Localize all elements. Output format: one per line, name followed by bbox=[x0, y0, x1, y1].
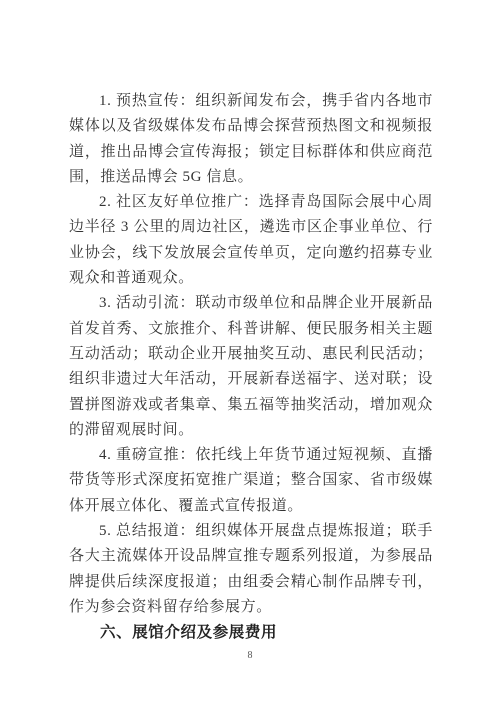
document-page: 1. 预热宣传：组织新闻发布会，携手省内各地市媒体以及省级媒体发布品博会探营预热… bbox=[0, 0, 500, 707]
body-paragraph-2: 2. 社区友好单位推广：选择青岛国际会展中心周边半径 3 公里的周边社区，遴选市… bbox=[69, 190, 433, 291]
document-body: 1. 预热宣传：组织新闻发布会，携手省内各地市媒体以及省级媒体发布品博会探营预热… bbox=[69, 89, 433, 646]
body-paragraph-1: 1. 预热宣传：组织新闻发布会，携手省内各地市媒体以及省级媒体发布品博会探营预热… bbox=[69, 89, 433, 190]
body-paragraph-4: 4. 重磅宣推：依托线上年货节通过短视频、直播带货等形式深度拓宽推广渠道；整合国… bbox=[69, 443, 433, 519]
page-number: 8 bbox=[0, 650, 500, 661]
body-paragraph-5: 5. 总结报道：组织媒体开展盘点提炼报道；联手各大主流媒体开设品牌宣推专题系列报… bbox=[69, 519, 433, 620]
body-paragraph-3: 3. 活动引流：联动市级单位和品牌企业开展新品首发首秀、文旅推介、科普讲解、便民… bbox=[69, 291, 433, 443]
section-heading: 六、展馆介绍及参展费用 bbox=[69, 620, 433, 645]
